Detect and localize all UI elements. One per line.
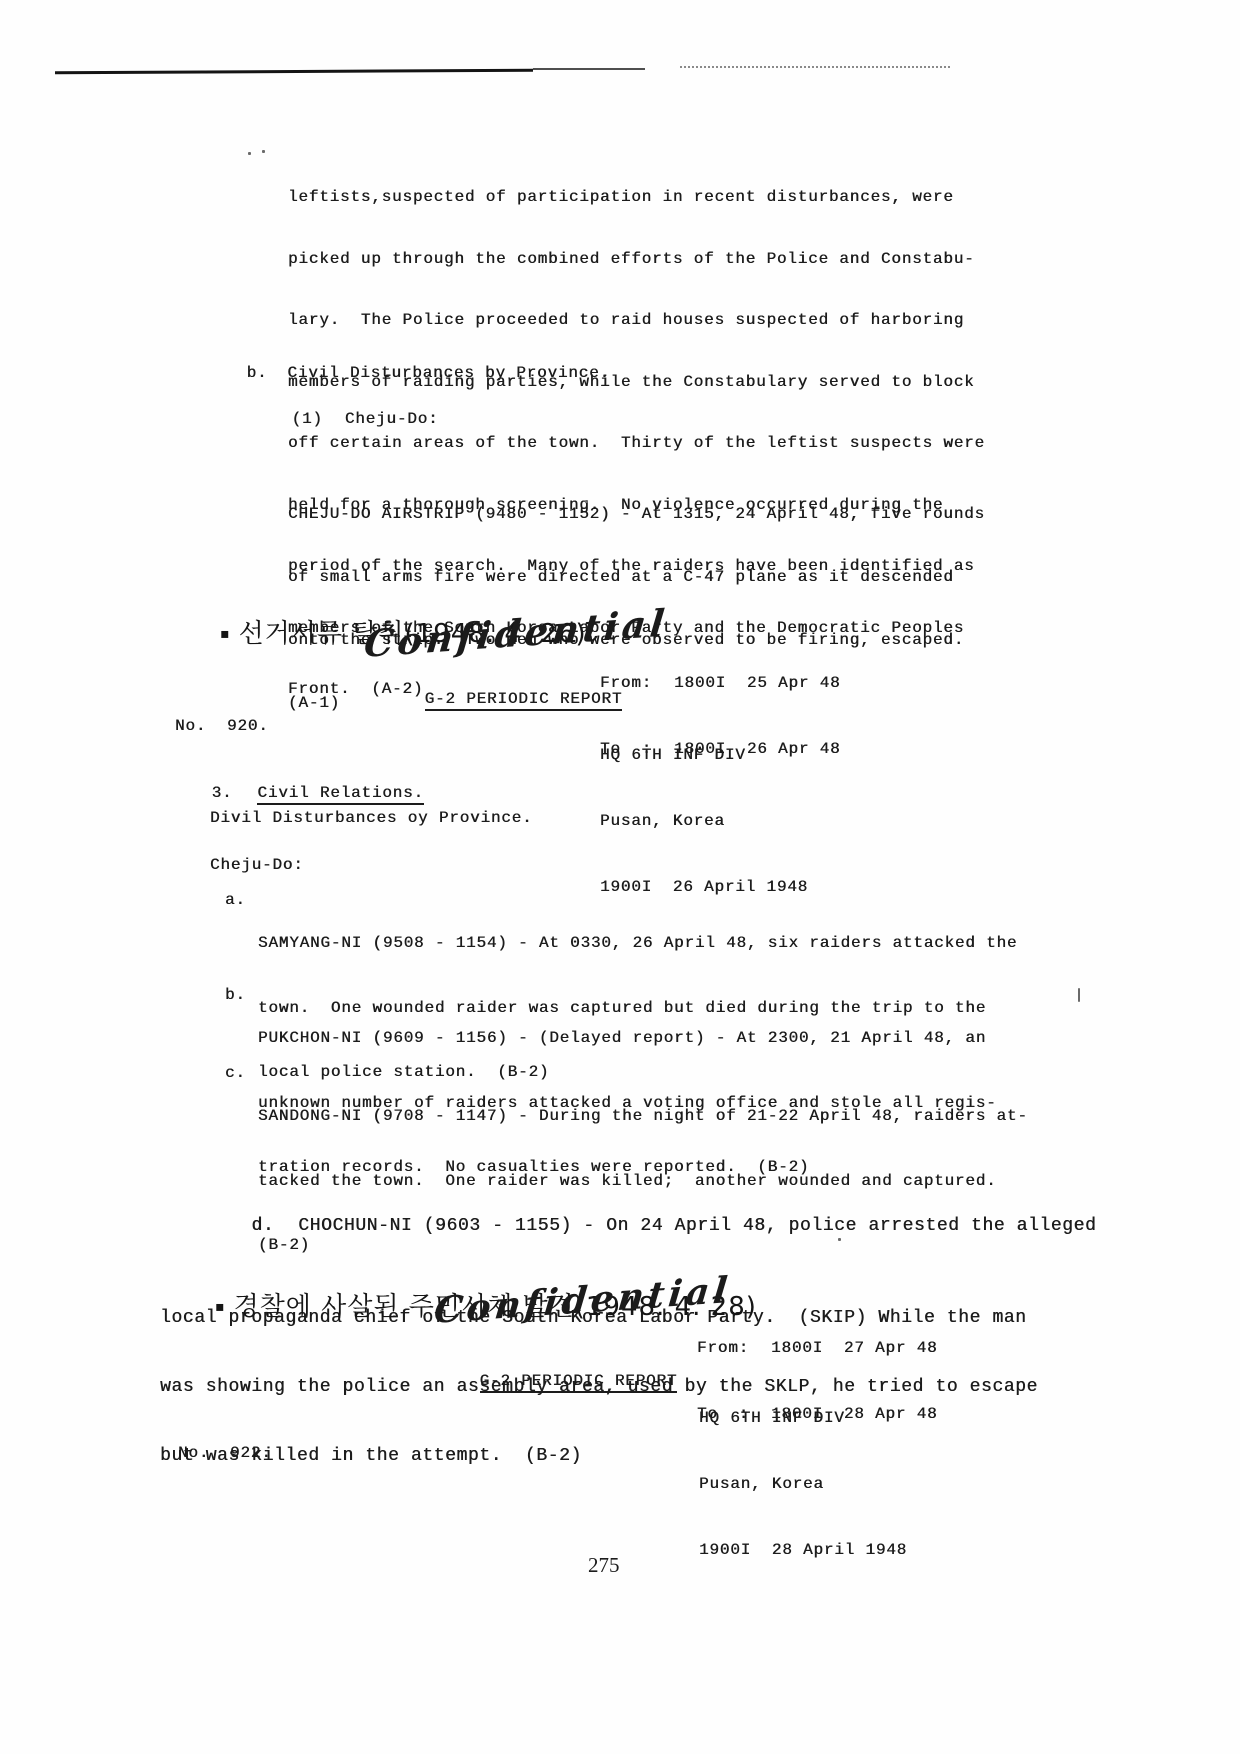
intro-line: picked up through the combined efforts o… [288, 249, 985, 270]
item-b-line: PUKCHON-NI (9609 - 1156) - (Delayed repo… [258, 1028, 997, 1050]
intro-line: leftists,suspected of participation in r… [288, 187, 985, 208]
item-1-heading: (1)Cheju-Do: [250, 388, 438, 450]
scan-artifact-line [533, 68, 645, 70]
item-d-line: but was killed in the attempt. (B-2) [160, 1445, 1096, 1468]
from-value: 1800I 25 Apr 48 [674, 674, 840, 692]
cheju-do-label: Cheju-Do: [210, 855, 304, 876]
scan-noise-speck [262, 150, 265, 153]
report-title-2: G-2 PERIODIC REPORT [438, 1350, 677, 1412]
hq-address-2: HQ 6TH INF DIV Pusan, Korea 1900I 28 Apr… [699, 1363, 907, 1605]
report-number-922: No. 922. [178, 1443, 272, 1464]
hq-line: HQ 6TH INF DIV [699, 1407, 907, 1429]
from-value: 1800I 27 Apr 48 [771, 1339, 937, 1357]
hq-line: 1900I 28 April 1948 [699, 1539, 907, 1561]
from-label: From: [697, 1339, 749, 1357]
section-3-label: 3. [212, 784, 233, 802]
page-number: 275 [588, 1553, 620, 1578]
item-d-label: d. [251, 1216, 274, 1236]
item-d-line: d.CHOCHUN-NI (9603 - 1155) - On 24 April… [183, 1192, 1096, 1261]
section-b-label: b. [247, 364, 268, 382]
item-c-line: SANDONG-NI (9708 - 1147) - During the ni… [258, 1106, 1028, 1128]
scan-noise-speck [838, 1238, 841, 1241]
scan-noise-speck [1078, 988, 1080, 1002]
item-1-label: (1) [292, 410, 323, 428]
hq-line: Pusan, Korea [699, 1473, 907, 1495]
report-title-1: G-2 PERIODIC REPORT [383, 668, 622, 730]
scan-artifact-line [55, 69, 533, 75]
civil-disturbances-line: Divil Disturbances oy Province. [210, 808, 532, 829]
hq-line: Pusan, Korea [600, 810, 808, 832]
hq-line: HQ 6TH INF DIV [600, 744, 808, 766]
bullet-square-icon: ▪ [215, 1299, 226, 1315]
scanned-document-page: leftists,suspected of participation in r… [0, 0, 1240, 1754]
section-3-title: Civil Relations. [257, 784, 423, 805]
scan-noise-speck [585, 500, 588, 503]
item-1-title: Cheju-Do: [345, 410, 439, 428]
intro-line: lary. The Police proceeded to raid house… [288, 310, 985, 331]
report-number-920: No. 920. [175, 716, 269, 737]
section-b-title: Civil Disturbances by Province. [287, 364, 609, 382]
scan-noise-speck [248, 152, 251, 155]
item-a-line: SAMYANG-NI (9508 - 1154) - At 0330, 26 A… [258, 933, 1017, 955]
bullet-square-icon: ▪ [220, 626, 231, 642]
from-label: From: [600, 674, 652, 692]
scan-artifact-dashed-line [680, 66, 950, 68]
airstrip-line: CHEJU-DO AIRSTRIP (9480 - 1152) - At 131… [288, 504, 985, 525]
